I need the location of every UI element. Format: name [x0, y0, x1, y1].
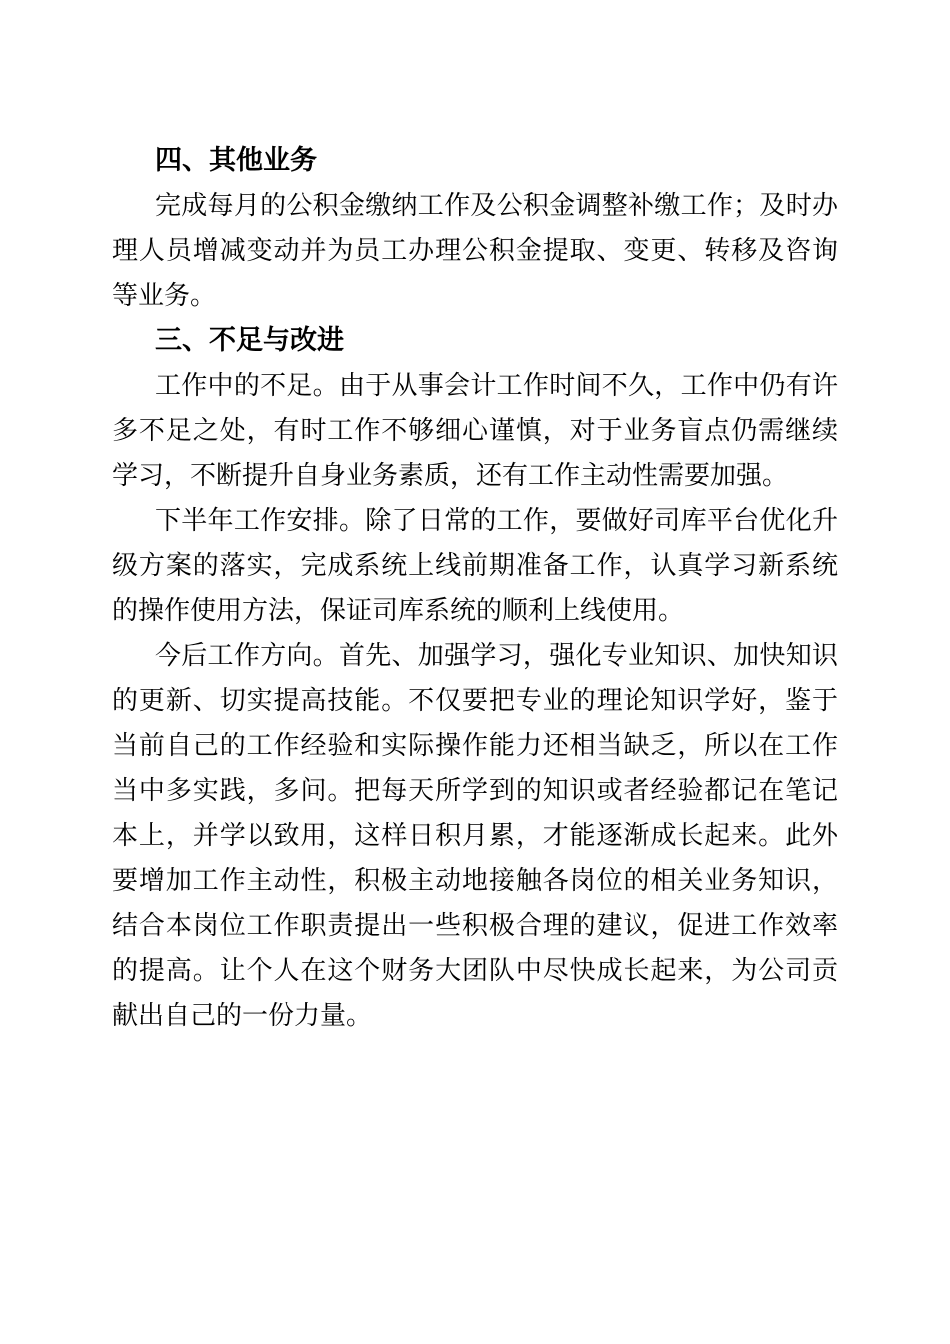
document-page: 四、其他业务 完成每月的公积金缴纳工作及公积金调整补缴工作；及时办理人员增减变动… — [0, 0, 950, 1344]
section-heading-other-business: 四、其他业务 — [112, 138, 838, 183]
paragraph-other-business: 完成每月的公积金缴纳工作及公积金调整补缴工作；及时办理人员增减变动并为员工办理公… — [112, 183, 838, 318]
section-heading-shortcomings-improvement: 三、不足与改进 — [112, 318, 838, 363]
paragraph-shortcomings: 工作中的不足。由于从事会计工作时间不久，工作中仍有许多不足之处，有时工作不够细心… — [112, 363, 838, 498]
paragraph-second-half-plan: 下半年工作安排。除了日常的工作，要做好司库平台优化升级方案的落实，完成系统上线前… — [112, 498, 838, 633]
paragraph-future-direction: 今后工作方向。首先、加强学习，强化专业知识、加快知识的更新、切实提高技能。不仅要… — [112, 633, 838, 1038]
